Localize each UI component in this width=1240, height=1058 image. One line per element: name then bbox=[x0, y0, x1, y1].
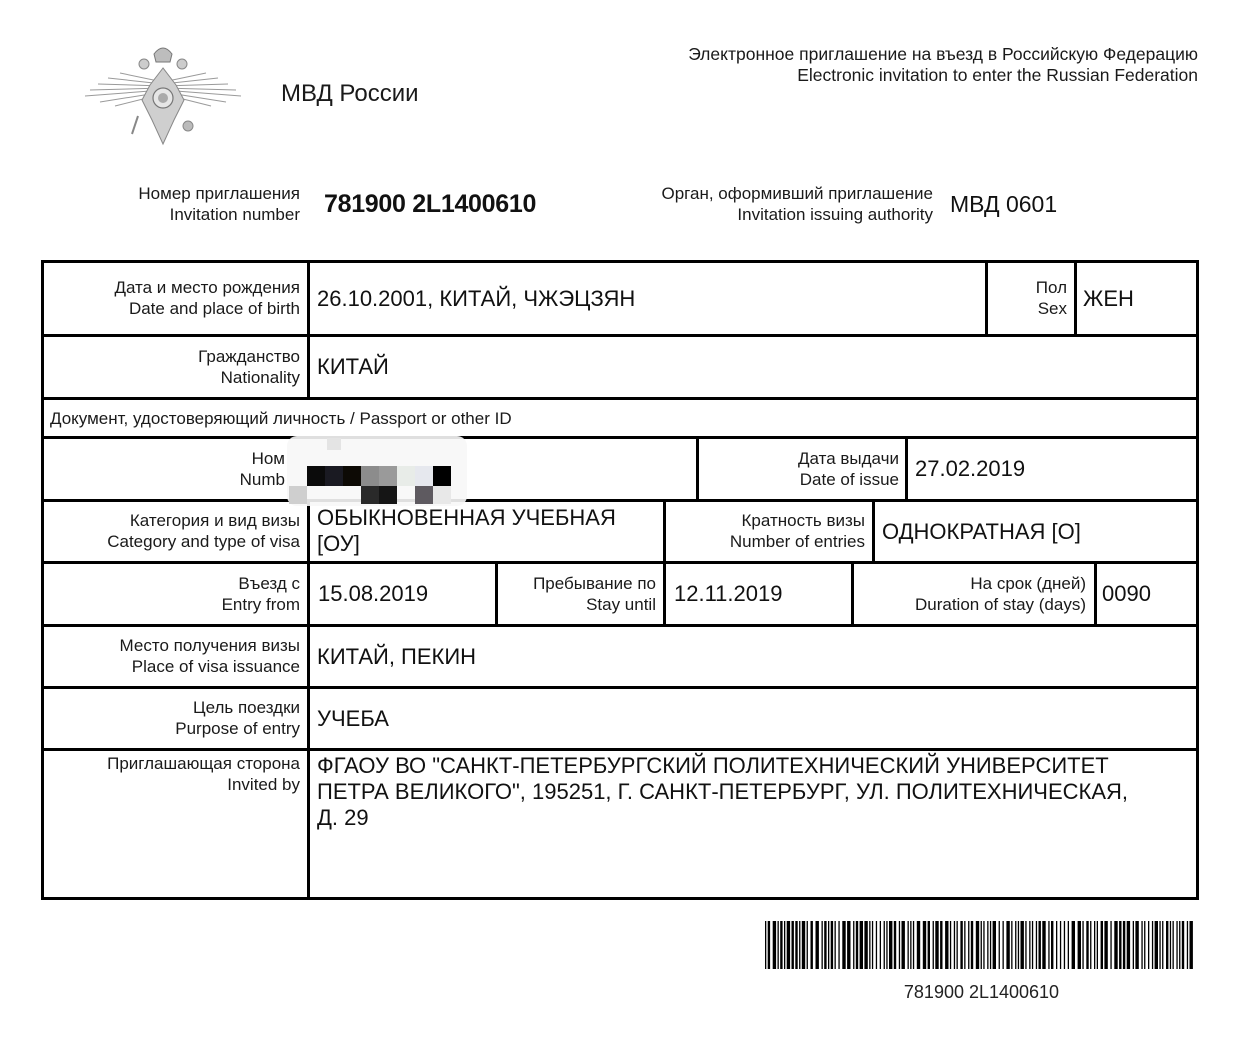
nationality-label-en: Nationality bbox=[41, 367, 300, 388]
redacted-passport-number bbox=[287, 436, 467, 506]
column-divider bbox=[307, 499, 310, 900]
stay-until-value: 12.11.2019 bbox=[674, 581, 782, 607]
purpose-label: Цель поездки Purpose of entry bbox=[41, 697, 300, 739]
row-divider bbox=[41, 561, 1199, 564]
issue-date-label: Дата выдачи Date of issue bbox=[701, 448, 899, 490]
invitation-number: 781900 2L1400610 bbox=[324, 190, 536, 219]
column-divider bbox=[985, 260, 988, 336]
mvd-emblem-icon bbox=[80, 40, 246, 146]
entries-value: ОДНОКРАТНАЯ [О] bbox=[882, 519, 1081, 545]
duration-value: 0090 bbox=[1102, 581, 1151, 607]
barcode-number: 781900 2L1400610 bbox=[765, 982, 1198, 1003]
column-divider bbox=[872, 499, 875, 563]
visa-place-value: КИТАЙ, ПЕКИН bbox=[317, 644, 476, 670]
table-border bbox=[41, 260, 1199, 263]
invitation-number-label-en: Invitation number bbox=[100, 204, 300, 225]
column-divider bbox=[663, 499, 666, 563]
invited-by-label: Приглашающая сторона Invited by bbox=[41, 753, 300, 795]
column-divider bbox=[851, 561, 854, 626]
column-divider bbox=[307, 260, 310, 397]
birth-label-ru: Дата и место рождения bbox=[41, 277, 300, 298]
passport-number-label: Ном Numb bbox=[41, 448, 285, 490]
row-divider bbox=[41, 499, 1199, 502]
entry-from-value: 15.08.2019 bbox=[318, 581, 428, 607]
entries-label: Кратность визы Number of entries bbox=[671, 510, 865, 552]
duration-label-ru: На срок (дней) bbox=[857, 573, 1086, 594]
nationality-label: Гражданство Nationality bbox=[41, 346, 300, 388]
document-title-en: Electronic invitation to enter the Russi… bbox=[688, 65, 1198, 86]
row-divider bbox=[41, 436, 1199, 439]
row-divider bbox=[41, 334, 1199, 337]
stay-until-label: Пребывание по Stay until bbox=[501, 573, 656, 615]
column-divider bbox=[495, 561, 498, 626]
issuing-authority-label-en: Invitation issuing authority bbox=[600, 204, 933, 225]
issuing-authority: МВД 0601 bbox=[950, 191, 1057, 218]
visa-category-label-en: Category and type of visa bbox=[41, 531, 300, 552]
issuing-authority-label-ru: Орган, оформивший приглашение bbox=[600, 183, 933, 204]
visa-category-value: ОБЫКНОВЕННАЯ УЧЕБНАЯ [ОУ] bbox=[317, 505, 616, 557]
column-divider bbox=[1074, 260, 1077, 336]
column-divider bbox=[696, 436, 699, 501]
row-divider bbox=[41, 748, 1199, 751]
purpose-label-ru: Цель поездки bbox=[41, 697, 300, 718]
visa-place-label-ru: Место получения визы bbox=[41, 635, 300, 656]
birth-value: 26.10.2001, КИТАЙ, ЧЖЭЦЗЯН bbox=[317, 286, 635, 312]
sex-label-en: Sex bbox=[991, 298, 1067, 319]
invited-by-line: ФГАОУ ВО "САНКТ-ПЕТЕРБУРГСКИЙ ПОЛИТЕХНИЧ… bbox=[317, 753, 1128, 779]
sex-value: ЖЕН bbox=[1083, 286, 1134, 312]
table-border bbox=[41, 897, 1199, 900]
row-divider bbox=[41, 686, 1199, 689]
duration-label: На срок (дней) Duration of stay (days) bbox=[857, 573, 1086, 615]
nationality-label-ru: Гражданство bbox=[41, 346, 300, 367]
row-divider bbox=[41, 624, 1199, 627]
nationality-value: КИТАЙ bbox=[317, 354, 389, 380]
entry-from-label-en: Entry from bbox=[41, 594, 300, 615]
column-divider bbox=[905, 436, 908, 501]
visa-place-label-en: Place of visa issuance bbox=[41, 656, 300, 677]
invitation-number-label-ru: Номер приглашения bbox=[100, 183, 300, 204]
entry-from-label-ru: Въезд с bbox=[41, 573, 300, 594]
birth-label-en: Date and place of birth bbox=[41, 298, 300, 319]
stay-until-label-en: Stay until bbox=[501, 594, 656, 615]
sex-label-ru: Пол bbox=[991, 277, 1067, 298]
document-title-ru: Электронное приглашение на въезд в Росси… bbox=[688, 44, 1198, 65]
visa-place-label: Место получения визы Place of visa issua… bbox=[41, 635, 300, 677]
stay-until-label-ru: Пребывание по bbox=[501, 573, 656, 594]
passport-section-header: Документ, удостоверяющий личность / Pass… bbox=[50, 408, 512, 429]
entry-from-label: Въезд с Entry from bbox=[41, 573, 300, 615]
entries-label-ru: Кратность визы bbox=[671, 510, 865, 531]
visa-category-line1: ОБЫКНОВЕННАЯ УЧЕБНАЯ bbox=[317, 505, 616, 531]
column-divider bbox=[1094, 561, 1097, 626]
entries-label-en: Number of entries bbox=[671, 531, 865, 552]
barcode-icon bbox=[765, 921, 1198, 969]
purpose-label-en: Purpose of entry bbox=[41, 718, 300, 739]
issue-date-label-en: Date of issue bbox=[701, 469, 899, 490]
document-title: Электронное приглашение на въезд в Росси… bbox=[688, 44, 1198, 86]
passport-number-label-ru: Ном bbox=[41, 448, 285, 469]
visa-category-label-ru: Категория и вид визы bbox=[41, 510, 300, 531]
invitation-number-label: Номер приглашения Invitation number bbox=[100, 183, 300, 225]
agency-name: МВД России bbox=[281, 80, 419, 108]
issue-date-value: 27.02.2019 bbox=[915, 456, 1025, 482]
invited-by-label-en: Invited by bbox=[41, 774, 300, 795]
column-divider bbox=[663, 561, 666, 626]
invitation-details-table: Дата и место рождения Date and place of … bbox=[41, 260, 1199, 900]
visa-category-line2: [ОУ] bbox=[317, 531, 616, 557]
purpose-value: УЧЕБА bbox=[317, 706, 389, 732]
duration-label-en: Duration of stay (days) bbox=[857, 594, 1086, 615]
table-border bbox=[1196, 260, 1199, 900]
invited-by-value: ФГАОУ ВО "САНКТ-ПЕТЕРБУРГСКИЙ ПОЛИТЕХНИЧ… bbox=[317, 753, 1128, 831]
row-divider bbox=[41, 397, 1199, 400]
birth-label: Дата и место рождения Date and place of … bbox=[41, 277, 300, 319]
sex-label: Пол Sex bbox=[991, 277, 1067, 319]
issuing-authority-label: Орган, оформивший приглашение Invitation… bbox=[600, 183, 933, 225]
issue-date-label-ru: Дата выдачи bbox=[701, 448, 899, 469]
invited-by-label-ru: Приглашающая сторона bbox=[41, 753, 300, 774]
invited-by-line: ПЕТРА ВЕЛИКОГО", 195251, Г. САНКТ-ПЕТЕРБ… bbox=[317, 779, 1128, 805]
visa-category-label: Категория и вид визы Category and type o… bbox=[41, 510, 300, 552]
invited-by-line: Д. 29 bbox=[317, 805, 1128, 831]
passport-number-label-en: Numb bbox=[41, 469, 285, 490]
